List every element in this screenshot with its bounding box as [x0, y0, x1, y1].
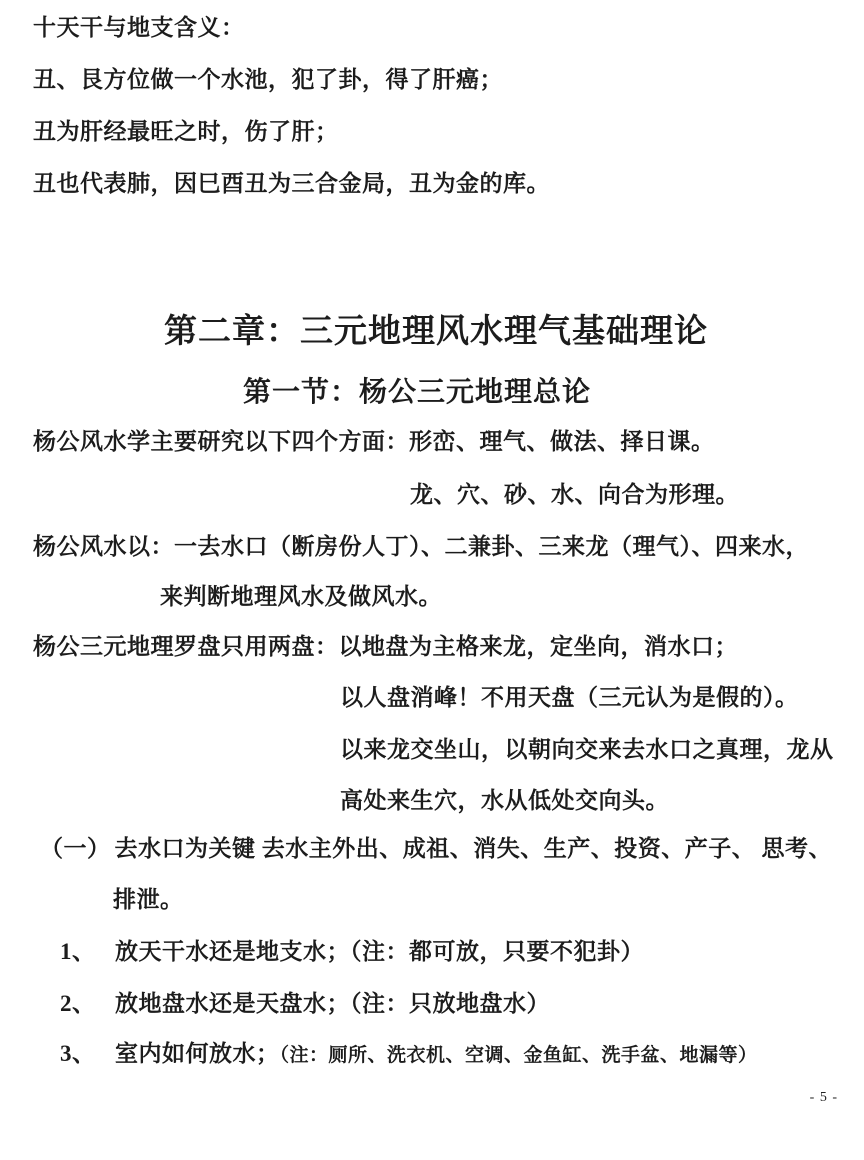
numbered-item-3: 3、室内如何放水；（注：厕所、洗衣机、空调、金鱼缸、洗手盆、地漏等） [60, 1040, 758, 1069]
paragraph-yanggong-method: 杨公风水以：一去水口（断房份人丁）、二兼卦、三来龙（理气）、四来水， [33, 533, 809, 562]
numbered-item-3-text: 室内如何放水； [115, 1041, 280, 1066]
page-number: - 5 - [810, 1090, 838, 1106]
numbered-item-2-text: 放地盘水还是天盘水； [115, 991, 350, 1016]
paragraph-luopan-cont-2: 以来龙交坐山，以朝向交来去水口之真理，龙从 [340, 736, 834, 765]
numbered-item-2-number: 2、 [60, 990, 115, 1019]
numbered-item-2: 2、放地盘水还是天盘水；（注：只放地盘水） [60, 990, 550, 1019]
paragraph-luopan-cont-1: 以人盘消峰！不用天盘（三元认为是假的）。 [340, 684, 799, 713]
intro-line-chou-3: 丑也代表肺，因巳酉丑为三合金局，丑为金的库。 [33, 170, 550, 199]
numbered-item-2-note: （注：只放地盘水） [350, 991, 550, 1016]
intro-line-chou-1: 丑、艮方位做一个水池，犯了卦，得了肝癌； [33, 66, 503, 95]
paragraph-luopan-cont-3: 高处来生穴，水从低处交向头。 [340, 787, 669, 816]
paragraph-yanggong-method-cont: 来判断地理风水及做风水。 [160, 583, 442, 612]
item-one-marker: （一） [40, 835, 111, 864]
section-title: 第一节：杨公三元地理总论 [243, 375, 591, 410]
numbered-item-1: 1、放天干水还是地支水；（注：都可放，只要不犯卦） [60, 938, 644, 967]
item-one-line: （一）去水口为关键 去水主外出、成祖、消失、生产、投资、产子、 思考、 [40, 835, 832, 864]
intro-heading: 十天干与地支含义： [33, 14, 245, 43]
intro-line-chou-2: 丑为肝经最旺之时，伤了肝； [33, 118, 339, 147]
numbered-item-1-number: 1、 [60, 938, 115, 967]
numbered-item-3-note: （注：厕所、洗衣机、空调、金鱼缸、洗手盆、地漏等） [280, 1045, 758, 1066]
paragraph-luopan-two-plates: 杨公三元地理罗盘只用两盘：以地盘为主格来龙，定坐向，消水口； [33, 633, 738, 662]
paragraph-research-aspects-cont: 龙、穴、砂、水、向合为形理。 [410, 481, 739, 510]
numbered-item-3-number: 3、 [60, 1040, 115, 1069]
item-one-continuation: 排泄。 [113, 886, 184, 915]
numbered-item-1-note: （注：都可放，只要不犯卦） [350, 939, 644, 964]
item-one-text: 去水口为关键 去水主外出、成祖、消失、生产、投资、产子、 思考、 [115, 836, 833, 861]
document-page: 十天干与地支含义： 丑、艮方位做一个水池，犯了卦，得了肝癌； 丑为肝经最旺之时，… [0, 0, 864, 1160]
numbered-item-1-text: 放天干水还是地支水； [115, 939, 350, 964]
paragraph-research-aspects: 杨公风水学主要研究以下四个方面：形峦、理气、做法、择日课。 [33, 428, 715, 457]
chapter-title: 第二章：三元地理风水理气基础理论 [164, 312, 708, 353]
